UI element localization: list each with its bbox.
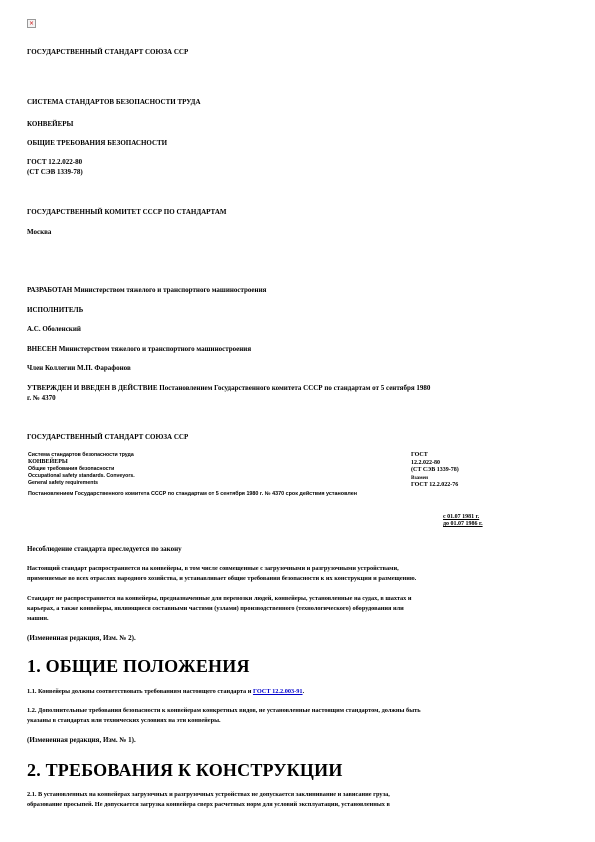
table-left-line: Occupational safety standards. Conveyors…	[28, 473, 135, 480]
exclusion-para-line: карьерах, а также конвейеры, являющиеся …	[27, 604, 404, 613]
header-table-left: Система стандартов безопасности труда КО…	[28, 452, 135, 487]
table-left-line: Общие требования безопасности	[28, 466, 135, 473]
scope-para-line: Настоящий стандарт распространяется на к…	[27, 564, 399, 573]
amendment-note: (Измененная редакция, Изм. № 2).	[27, 634, 136, 643]
table-right-line: ГОСТ 12.2.022-76	[411, 482, 459, 490]
state-standard-title: ГОСУДАРСТВЕННЫЙ СТАНДАРТ СОЮЗА ССР	[27, 48, 188, 57]
decree-line: Постановлением Государственного комитета…	[28, 491, 357, 498]
table-left-line: Система стандартов безопасности труда	[28, 452, 135, 459]
exclusion-para-line: Стандарт не распространяется на конвейер…	[27, 594, 412, 603]
developed-by: РАЗРАБОТАН Министерством тяжелого и тран…	[27, 286, 266, 295]
st-sev-number: (СТ СЭВ 1339-78)	[27, 168, 83, 177]
amendment-note: (Измененная редакция, Изм. № 1).	[27, 736, 136, 745]
clause-1-1: 1.1. Конвейеры должны соответствовать тр…	[27, 687, 304, 696]
approved-line-1: УТВЕРЖДЕН И ВВЕДЕН В ДЕЙСТВИЕ Постановле…	[27, 384, 430, 393]
requirements-title: ОБЩИЕ ТРЕБОВАНИЯ БЕЗОПАСНОСТИ	[27, 139, 167, 148]
subject-title: КОНВЕЙЕРЫ	[27, 120, 73, 129]
table-right-line: (СТ СЭВ 1339-78)	[411, 467, 459, 475]
scope-para-line: применяемые во всех отраслях народного х…	[27, 574, 416, 583]
approved-line-2: г. № 4370	[27, 394, 56, 403]
section-2-heading: 2. ТРЕБОВАНИЯ К КОНСТРУКЦИИ	[27, 760, 343, 780]
committee-title: ГОСУДАРСТВЕННЫЙ КОМИТЕТ СССР ПО СТАНДАРТ…	[27, 208, 227, 217]
broken-image-icon: ×	[27, 19, 36, 28]
header-table-right: ГОСТ 12.2.022-80 (СТ СЭВ 1339-78) Взамен…	[411, 452, 459, 490]
city: Москва	[27, 228, 51, 237]
executor-name: А.С. Оболенский	[27, 325, 81, 334]
table-right-line: 12.2.022-80	[411, 460, 459, 468]
law-notice: Несоблюдение стандарта преследуется по з…	[27, 545, 182, 554]
table-heading: ГОСУДАРСТВЕННЫЙ СТАНДАРТ СОЮЗА ССР	[27, 433, 188, 442]
introduced-by: ВНЕСЕН Министерством тяжелого и транспор…	[27, 345, 251, 354]
date-to: до 01.07 1986 г.	[443, 521, 483, 529]
table-right-line: Взамен	[411, 475, 459, 483]
table-right-line: ГОСТ	[411, 452, 459, 460]
table-left-line: КОНВЕЙЕРЫ	[28, 459, 135, 466]
exclusion-para-line: машин.	[27, 614, 49, 623]
clause-2-1-line: образование просыпей. Не допускается заг…	[27, 800, 390, 809]
clause-1-2-line: указаны в стандартах или технических усл…	[27, 716, 221, 725]
section-1-heading: 1. ОБЩИЕ ПОЛОЖЕНИЯ	[27, 656, 250, 676]
gost-12-2-003-91-link[interactable]: ГОСТ 12.2.003-91	[253, 688, 303, 695]
clause-2-1-line: 2.1. В установленных на конвейерах загру…	[27, 790, 390, 799]
clause-1-2-line: 1.2. Дополнительные требования безопасно…	[27, 706, 421, 715]
gost-number: ГОСТ 12.2.022-80	[27, 158, 82, 167]
collegium-member: Член Коллегии М.П. Фарафонов	[27, 364, 131, 373]
table-left-line: General safety requirements	[28, 480, 135, 487]
executor-label: ИСПОЛНИТЕЛЬ	[27, 306, 83, 315]
system-title: СИСТЕМА СТАНДАРТОВ БЕЗОПАСНОСТИ ТРУДА	[27, 98, 201, 107]
